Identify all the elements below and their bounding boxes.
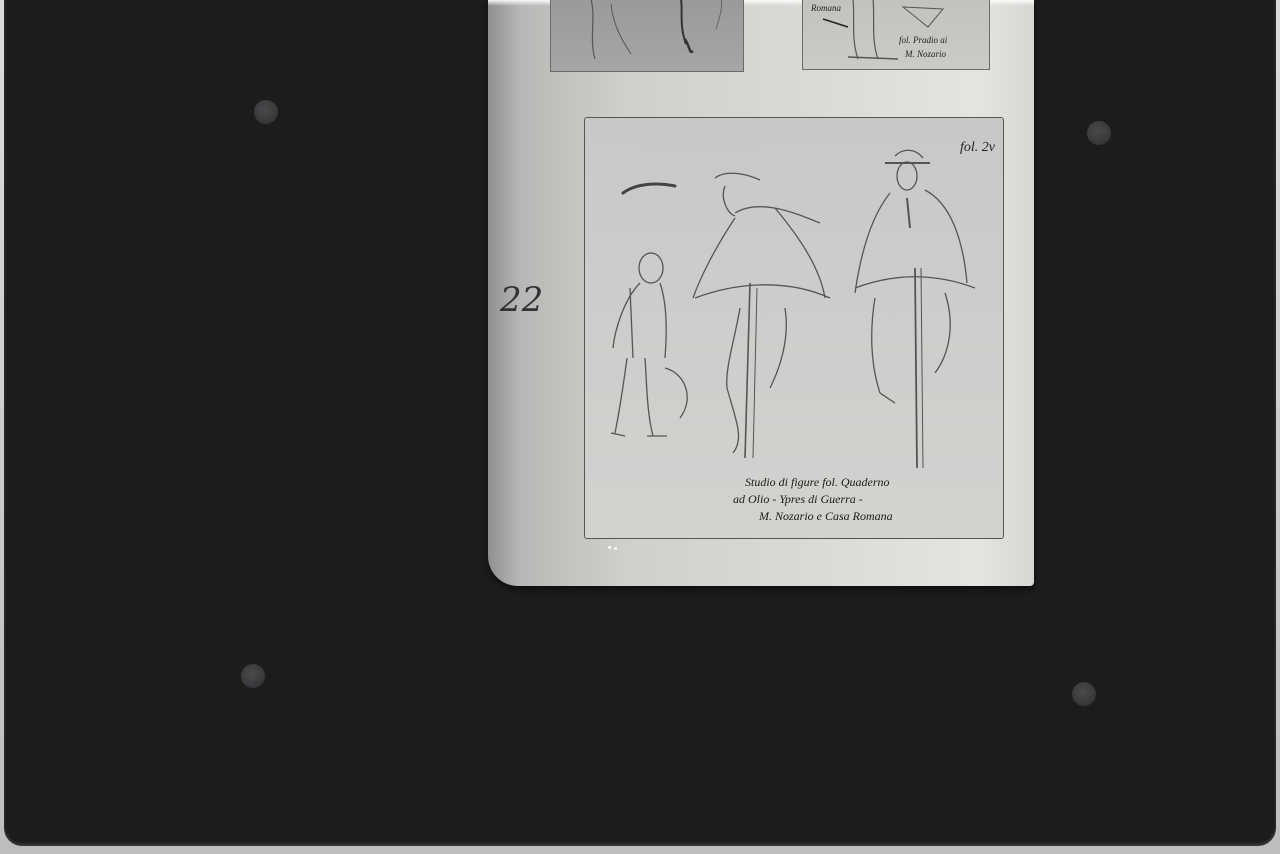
caption-line-2: ad Olio - Ypres di Guerra - [733, 491, 995, 508]
thumbnail-caption-line1: fol. Pradio ai [899, 35, 947, 45]
page-number: 22 [500, 280, 543, 320]
thumbnail-caption-line2: M. Nozario [905, 49, 946, 59]
dust-specks [608, 546, 618, 550]
thumbnail-sketch-left [550, 0, 744, 72]
pin-icon [241, 664, 265, 688]
photo-frame: Romana fol. Pradio ai M. Nozario 22 [0, 0, 1280, 854]
sketchbook-page: Romana fol. Pradio ai M. Nozario 22 [488, 0, 1034, 586]
pin-icon [1072, 682, 1096, 706]
thumbnail-caption-top: Romana [811, 3, 841, 13]
pin-icon [1087, 121, 1111, 145]
sketch-caption: Studio di figure fol. Quaderno ad Olio -… [745, 474, 995, 525]
pin-icon [254, 100, 278, 124]
caption-line-1: Studio di figure fol. Quaderno [745, 474, 995, 491]
thumbnail-sketch-right: Romana fol. Pradio ai M. Nozario [802, 0, 990, 70]
sketch-lines-icon [551, 0, 743, 71]
caption-line-3: M. Nozario e Casa Romana [759, 508, 995, 525]
folio-note: fol. 2v [960, 140, 995, 156]
main-sketch: fol. 2v Studio di figure fol. Quaderno a… [584, 117, 1004, 539]
